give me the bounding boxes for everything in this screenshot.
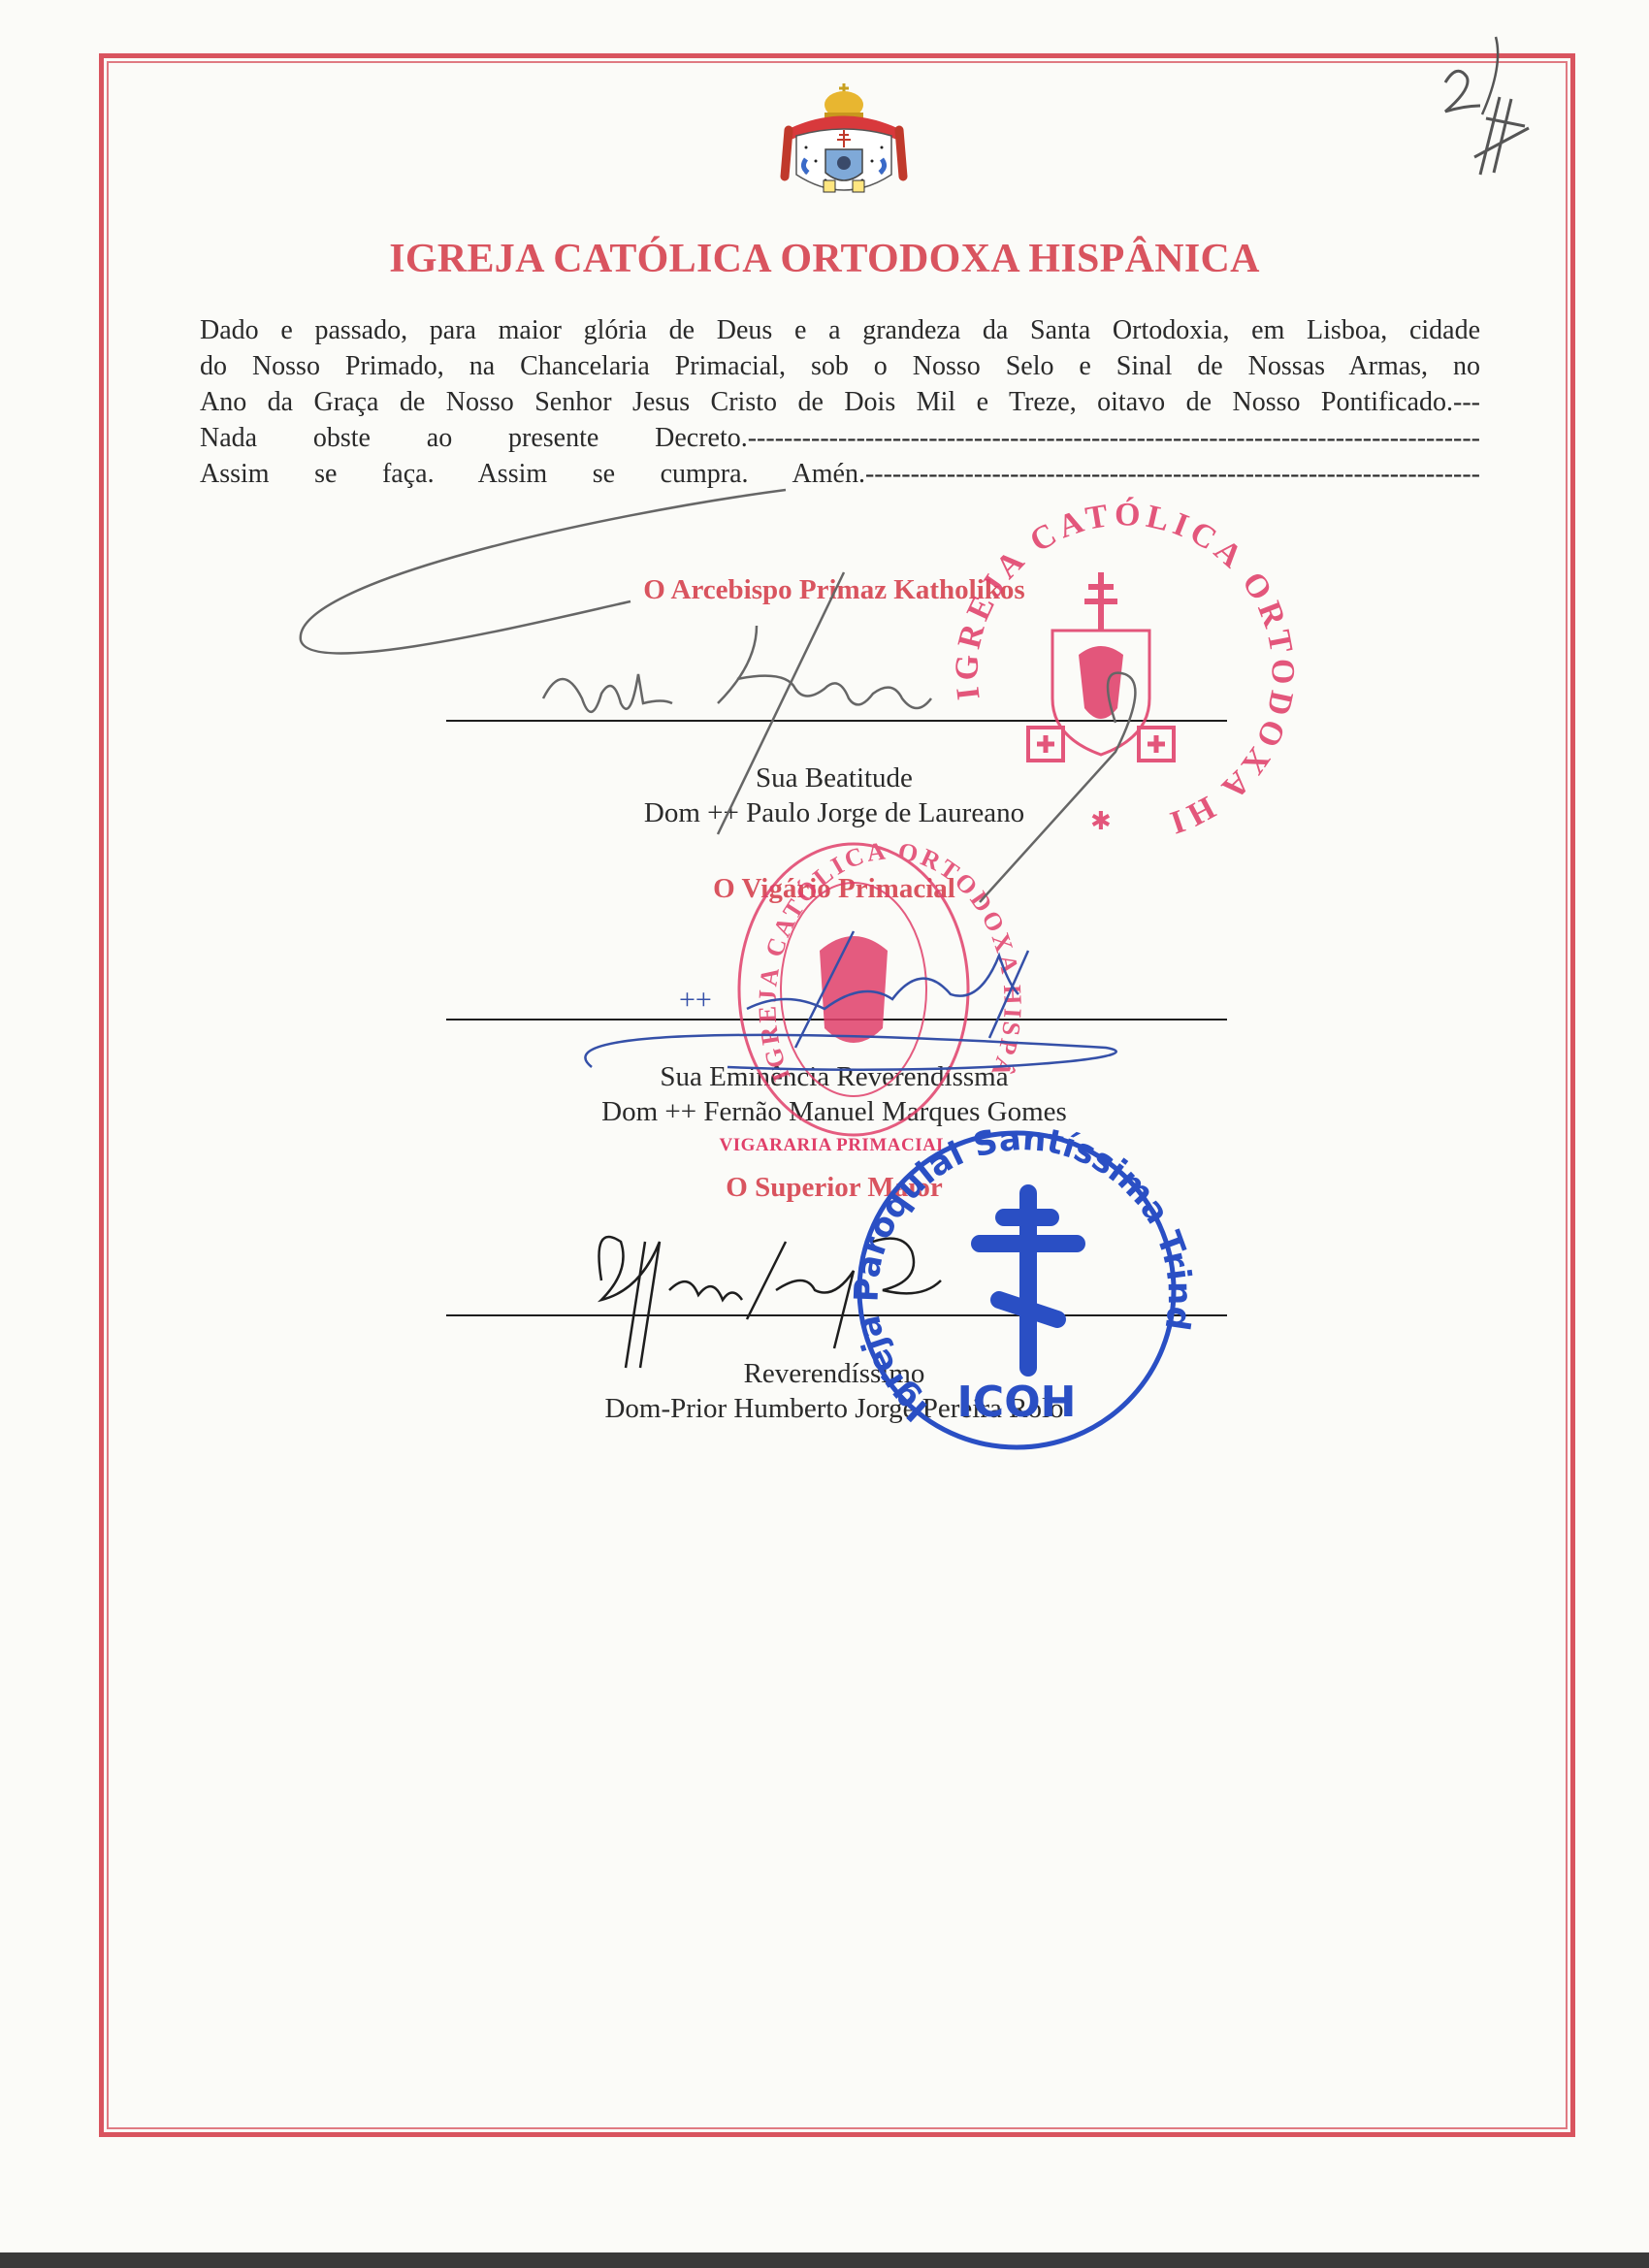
signature-line <box>446 720 1227 722</box>
signatory-name: Dom-Prior Humberto Jorge Pereira Rolo <box>446 1391 1222 1426</box>
body-line: Assim se faça. Assim se cumpra. Amén.---… <box>200 456 1480 492</box>
body-line: Ano da Graça de Nosso Senhor Jesus Crist… <box>200 384 1480 420</box>
body-line: Dado e passado, para maior glória de Deu… <box>200 312 1480 348</box>
handwritten-page-note <box>1406 29 1552 194</box>
scan-edge <box>0 2252 1649 2268</box>
coat-of-arms-icon <box>771 80 917 206</box>
body-line: do Nosso Primado, na Chancelaria Primaci… <box>200 348 1480 384</box>
signatory-role-vicar: O Vigário Primacial <box>446 873 1222 905</box>
signatory-role-superior: O Superior Maior <box>446 1172 1222 1204</box>
signatory-name: Dom ++ Paulo Jorge de Laureano <box>446 795 1222 830</box>
signatory-title: Reverendíssimo <box>446 1356 1222 1391</box>
signatory-title: Sua Eminência Reverendíssma <box>446 1059 1222 1094</box>
signatory-block-superior: Reverendíssimo Dom-Prior Humberto Jorge … <box>446 1356 1222 1426</box>
signatory-name: Dom ++ Fernão Manuel Marques Gomes <box>446 1094 1222 1129</box>
document-title: IGREJA CATÓLICA ORTODOXA HISPÂNICA <box>0 236 1649 282</box>
signature-line <box>446 1314 1227 1316</box>
signature-line <box>446 1019 1227 1021</box>
signatory-role-archbishop: O Arcebispo Primaz Katholikos <box>446 574 1222 606</box>
decree-body: Dado e passado, para maior glória de Deu… <box>200 312 1480 492</box>
vicariate-stamp-label: VIGARARIA PRIMACIAL <box>660 1135 1009 1156</box>
signatory-block-archbishop: Sua Beatitude Dom ++ Paulo Jorge de Laur… <box>446 761 1222 830</box>
signatory-title: Sua Beatitude <box>446 761 1222 795</box>
signatory-block-vicar: Sua Eminência Reverendíssma Dom ++ Fernã… <box>446 1059 1222 1129</box>
body-line: Nada obste ao presente Decreto.---------… <box>200 420 1480 456</box>
